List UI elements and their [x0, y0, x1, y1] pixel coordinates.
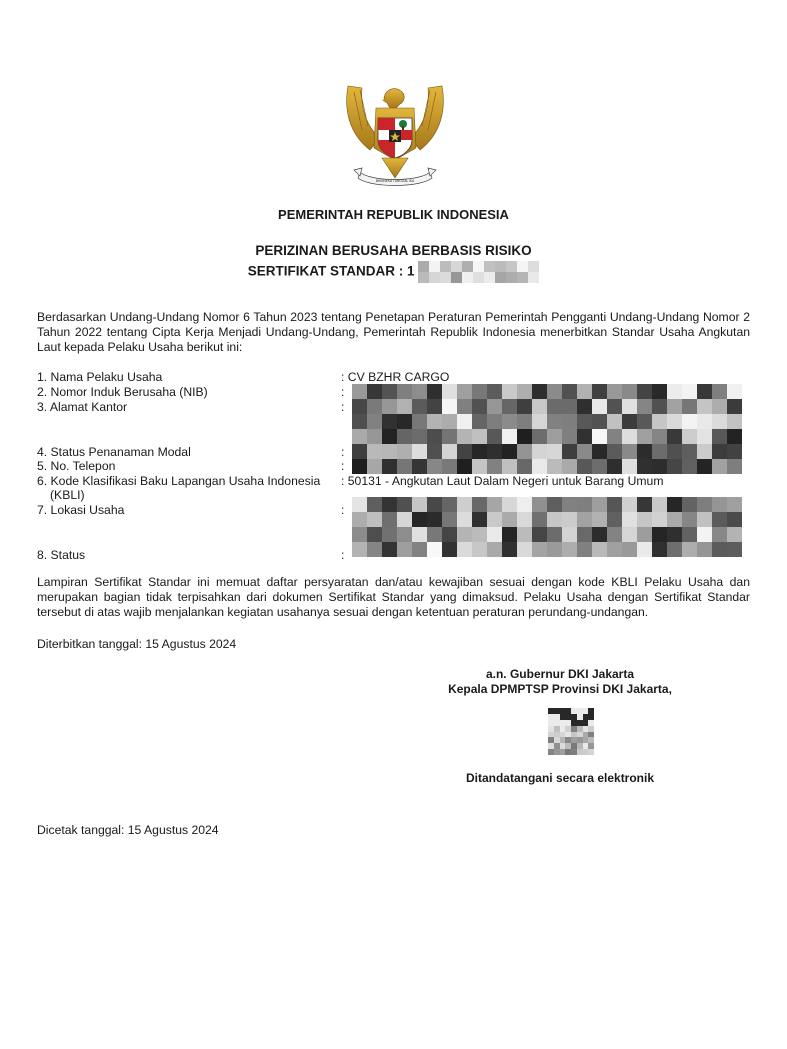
field-value-status: : [341, 548, 344, 563]
electronic-signature-note: Ditandatangani secara elektronik [440, 771, 680, 785]
field-label-status: 8. Status [37, 548, 85, 563]
certificate-number-heading: SERTIFIKAT STANDAR : 1 [0, 261, 787, 283]
printed-date: Dicetak tanggal: 15 Agustus 2024 [37, 823, 219, 837]
field-label-business-location: 7. Lokasi Usaha [37, 503, 124, 518]
redacted-block-nib-address-status-phone [352, 384, 742, 474]
intro-paragraph: Berdasarkan Undang-Undang Nomor 6 Tahun … [37, 310, 750, 355]
signature-on-behalf: a.n. Gubernur DKI Jakarta [440, 667, 680, 681]
certificate-label: SERTIFIKAT STANDAR : 1 [248, 264, 415, 279]
attachment-note-paragraph: Lampiran Sertifikat Standar ini memuat d… [37, 575, 750, 620]
field-value-nib: : [341, 385, 344, 400]
qr-code-icon [548, 708, 594, 755]
government-heading: PEMERINTAH REPUBLIK INDONESIA [0, 207, 787, 222]
field-label-kbli: 6. Kode Klasifikasi Baku Lapangan Usaha … [37, 474, 320, 489]
field-value-investment-status: : [341, 445, 344, 460]
field-label-kbli-cont: (KBLI) [50, 488, 85, 503]
field-label-business-name: 1. Nama Pelaku Usaha [37, 370, 162, 385]
svg-text:BHINNEKA TUNGGAL IKA: BHINNEKA TUNGGAL IKA [376, 179, 415, 183]
field-value-office-address: : [341, 400, 344, 415]
issued-date: Diterbitkan tanggal: 15 Agustus 2024 [37, 637, 236, 651]
field-value-phone: : [341, 459, 344, 474]
certificate-number-redacted [418, 261, 539, 283]
garuda-emblem-icon: BHINNEKA TUNGGAL IKA [340, 78, 450, 190]
signature-official-title: Kepala DPMPTSP Provinsi DKI Jakarta, [440, 682, 680, 696]
field-value-business-name: : CV BZHR CARGO [341, 370, 449, 385]
field-value-kbli: : 50131 - Angkutan Laut Dalam Negeri unt… [341, 474, 663, 489]
field-label-investment-status: 4. Status Penanaman Modal [37, 445, 191, 460]
field-label-phone: 5. No. Telepon [37, 459, 115, 474]
redacted-block-location-status [352, 497, 742, 557]
field-value-business-location: : [341, 503, 344, 518]
field-label-nib: 2. Nomor Induk Berusaha (NIB) [37, 385, 208, 400]
field-label-office-address: 3. Alamat Kantor [37, 400, 127, 415]
license-type-heading: PERIZINAN BERUSAHA BERBASIS RISIKO [0, 243, 787, 258]
